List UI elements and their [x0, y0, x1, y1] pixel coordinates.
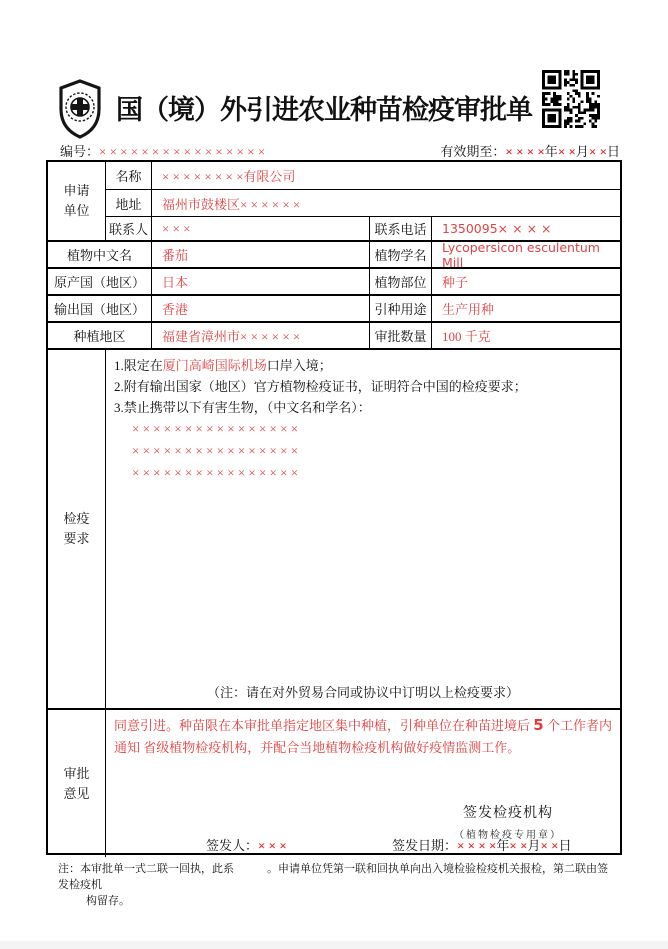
form-table: 申请 单位 名称 × × × × × × × ×有限公司 地址 福州市鼓楼区× … — [46, 160, 622, 855]
pest-placeholder-line: × × × × × × × × × × × × × × × × — [132, 440, 612, 462]
name-label: 名称 — [106, 162, 152, 189]
address-value: 福州市鼓楼区× × × × × × — [152, 190, 620, 216]
qr-code — [542, 70, 600, 128]
valid-month-unit: 月 — [576, 144, 589, 159]
pest-placeholder-line: × × × × × × × × × × × × × × × × — [132, 462, 612, 484]
sign-date-month-value: × × — [509, 838, 527, 853]
entry-port-value: 厦门高崎国际机场 — [163, 358, 267, 373]
applicant-group-label: 申请 单位 — [48, 162, 106, 240]
approval-opinion: 同意引进。种苗限在本审批单指定地区集中种植，引种单位在种苗进境后 5 个工作者内… — [114, 714, 612, 759]
signer-label: 签发人： — [206, 838, 258, 853]
plant-cn-name-label: 植物中文名 — [48, 242, 152, 267]
applicant-name-row: 名称 × × × × × × × ×有限公司 — [106, 162, 620, 189]
quarantine-note: （注：请在对外贸易合同或协议中订明以上检疫要求） — [106, 682, 620, 703]
signature-row: 签发人：× × × 签发日期：× × × ×年× ×月× ×日 — [106, 835, 620, 853]
valid-until: 有效期至：× × × ×年× ×月× ×日 — [440, 141, 620, 160]
form-number: 编号：× × × × × × × × × × × × × × × × — [60, 141, 265, 160]
quantity-value: 100 千克 — [432, 323, 620, 348]
applicant-address-row: 地址 福州市鼓楼区× × × × × × — [106, 189, 620, 216]
signer-value: × × × — [258, 838, 287, 853]
origin-country-value: 日本 — [152, 269, 370, 294]
valid-day-value: × × — [589, 144, 607, 159]
contact-label: 联系人 — [106, 217, 152, 240]
export-country-label: 输出国（地区） — [48, 296, 152, 321]
contact-value: × × × — [152, 217, 370, 240]
valid-month-value: × × — [558, 144, 576, 159]
sign-date: 签发日期：× × × ×年× ×月× ×日 — [392, 835, 572, 854]
plant-part-value: 种子 — [432, 269, 620, 294]
sign-date-year-value: × × × × — [457, 838, 496, 853]
plant-latin-value: Lycopersicon esculentum Mill — [432, 242, 620, 267]
issuing-agency-label: 签发检疫机构 — [454, 802, 562, 822]
quarantine-item-2: 2.附有输出国家（地区）官方植物检疫证书，证明符合中国的检疫要求； — [114, 376, 612, 397]
origin-country-row: 原产国（地区） 日本 植物部位 种子 — [48, 267, 620, 294]
applicant-section: 申请 单位 名称 × × × × × × × ×有限公司 地址 福州市鼓楼区× … — [48, 162, 620, 240]
approval-content: 同意引进。种苗限在本审批单指定地区集中种植，引种单位在种苗进境后 5 个工作者内… — [106, 710, 620, 857]
footer-note: 注：本审批单一式二联一回执，此系 。申请单位凭第一联和回执单向出入境检验检疫机关… — [58, 861, 618, 909]
quarantine-section: 检疫 要求 1.限定在厦门高崎国际机场口岸入境； 2.附有输出国家（地区）官方植… — [48, 348, 620, 708]
plant-part-label: 植物部位 — [370, 269, 432, 294]
signer: 签发人：× × × — [206, 835, 287, 854]
phone-value: 1350095× × × × — [432, 217, 620, 240]
planting-area-row: 种植地区 福建省漳州市× × × × × × 审批数量 100 千克 — [48, 321, 620, 348]
valid-year-value: × × × × — [505, 144, 544, 159]
valid-day-unit: 日 — [607, 144, 620, 159]
quarantine-item-1: 1.限定在厦门高崎国际机场口岸入境； — [114, 355, 612, 376]
export-country-row: 输出国（地区） 香港 引种用途 生产用种 — [48, 294, 620, 321]
export-country-value: 香港 — [152, 296, 370, 321]
valid-until-label: 有效期至： — [440, 144, 505, 159]
planting-area-label: 种植地区 — [48, 323, 152, 348]
phone-label: 联系电话 — [370, 217, 432, 240]
approval-section: 审批 意见 同意引进。种苗限在本审批单指定地区集中种植，引种单位在种苗进境后 5… — [48, 708, 620, 857]
form-number-label: 编号： — [60, 144, 99, 159]
pest-placeholder-line: × × × × × × × × × × × × × × × × — [132, 418, 612, 440]
usage-value: 生产用种 — [432, 296, 620, 321]
planting-area-value: 福建省漳州市× × × × × × — [152, 323, 370, 348]
quarantine-content: 1.限定在厦门高崎国际机场口岸入境； 2.附有输出国家（地区）官方植物检疫证书，… — [106, 350, 620, 708]
quarantine-label: 检疫 要求 — [48, 350, 106, 708]
page-title: 国（境）外引进农业种苗检疫审批单 — [116, 88, 536, 127]
quarantine-item-3: 3.禁止携带以下有害生物，（中文名和学名）： — [114, 397, 612, 418]
sign-date-label: 签发日期： — [392, 838, 457, 853]
meta-line: 编号：× × × × × × × × × × × × × × × × 有效期至：… — [46, 141, 622, 159]
form-number-value: × × × × × × × × × × × × × × × × — [99, 144, 265, 159]
plant-cn-name-value: 番茄 — [152, 242, 370, 267]
page-bottom-strip — [0, 941, 668, 949]
quarantine-approval-form: 国（境）外引进农业种苗检疫审批单 编号：× × × × × × × × × × … — [0, 0, 668, 949]
applicant-contact-row: 联系人 × × × 联系电话 1350095× × × × — [106, 216, 620, 240]
usage-label: 引种用途 — [370, 296, 432, 321]
address-label: 地址 — [106, 190, 152, 216]
approval-label: 审批 意见 — [48, 710, 106, 857]
plant-latin-label: 植物学名 — [370, 242, 432, 267]
name-value: × × × × × × × ×有限公司 — [152, 162, 620, 189]
plant-name-row: 植物中文名 番茄 植物学名 Lycopersicon esculentum Mi… — [48, 240, 620, 267]
sign-date-day-value: × × — [541, 838, 559, 853]
valid-year-unit: 年 — [545, 144, 558, 159]
quantity-label: 审批数量 — [370, 323, 432, 348]
shield-cross-emblem-icon — [57, 79, 103, 139]
origin-country-label: 原产国（地区） — [48, 269, 152, 294]
